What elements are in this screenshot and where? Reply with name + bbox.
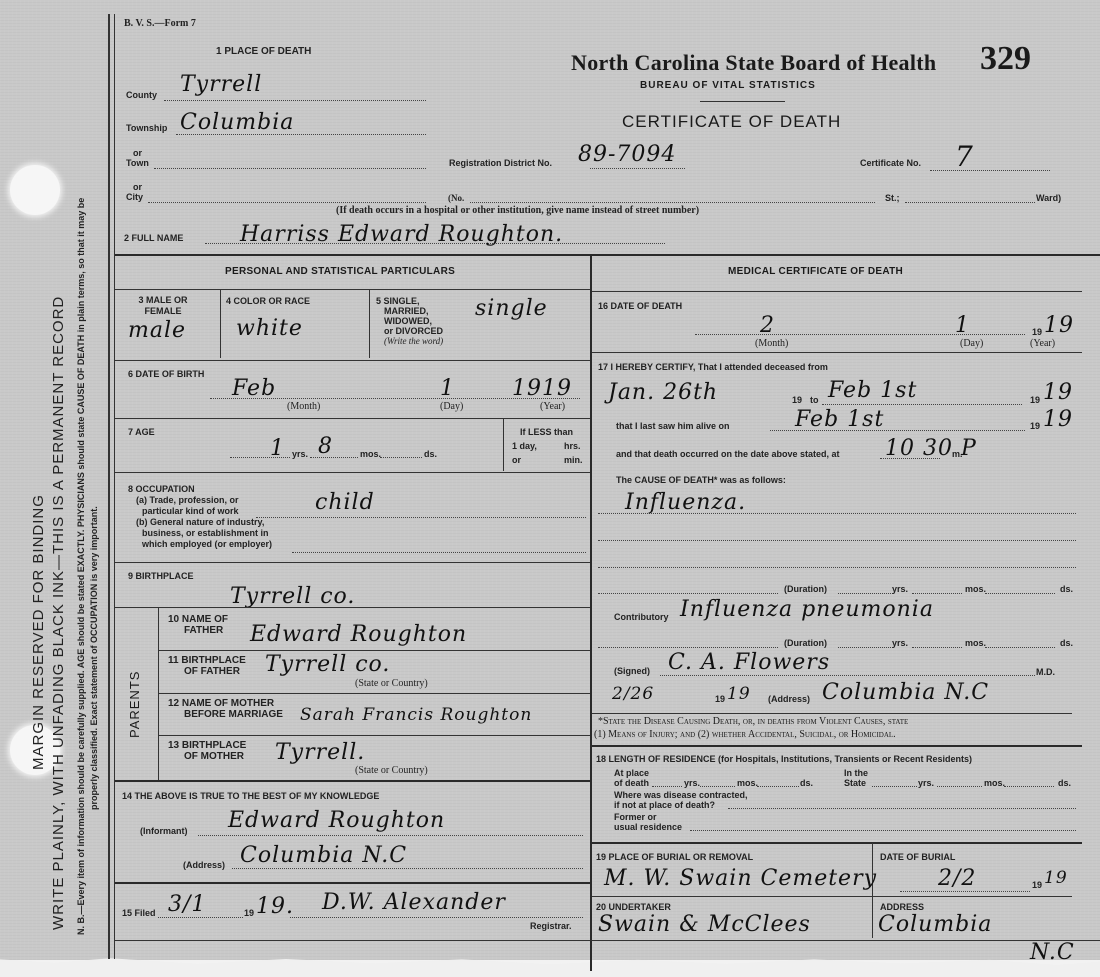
divider [592,842,1082,844]
registrar-value[interactable]: D.W. Alexander [322,890,506,915]
yrs-label: yrs. [918,778,934,789]
registration-district-line [590,168,685,169]
in-state-label: In the State [844,768,868,788]
attended-to-year[interactable]: 19 [1043,380,1073,405]
place-of-death-section-label: 1 PLACE OF DEATH [216,46,311,57]
in-state-line: State [844,778,868,788]
or-label: or [512,455,521,466]
former-residence-line: Former or [614,812,682,822]
footnote-line1: *State the Disease Causing Death, or, in… [598,716,908,727]
nb-instructions-line2: properly classified. Exact statement of … [89,506,99,810]
divider [369,290,370,358]
burial-date-label: DATE OF BURIAL [880,852,955,863]
occupation-label-line: business, or establishment in [128,528,272,539]
signed-year-prefix: 19 [715,694,725,705]
cause-line-3[interactable] [598,567,1076,568]
former-residence-label: Former or usual residence [614,812,682,832]
stamp-number: 329 [980,40,1031,78]
month-caption: (Month) [755,338,788,349]
divider [115,780,590,782]
divider [115,562,590,563]
hospital-note: (If death occurs in a hospital or other … [336,205,699,216]
ds-label: ds. [424,449,437,460]
month-caption: (Month) [287,401,320,412]
divider [115,360,590,361]
duration-field[interactable] [598,593,778,594]
parents-label: PARENTS [127,671,142,738]
race-label: 4 COLOR OR RACE [226,296,310,307]
residence-place-yrs-field[interactable] [652,786,682,787]
occupation-field-b[interactable] [292,552,586,553]
informant-label: (Informant) [140,826,188,836]
divider [115,289,590,290]
dob-month[interactable]: Feb [232,376,276,401]
residence-state-mos-field[interactable] [937,786,982,787]
mother-name-label-line: BEFORE MARRIAGE [168,709,283,720]
occupation-label-line: 8 OCCUPATION [128,484,272,495]
burial-date-line [900,891,1030,892]
mos-label: mos. [737,778,758,789]
birthplace-value[interactable]: Tyrrell co. [230,584,355,609]
sex-value[interactable]: male [128,318,186,343]
signed-date[interactable]: 2/26 [612,684,654,704]
burial-year[interactable]: 19 [1044,868,1068,888]
board-title: North Carolina State Board of Health [571,50,936,76]
occupation-line-a [256,517,586,518]
mother-birthplace-label-line: OF MOTHER [168,751,246,762]
duration-yrs-field-2[interactable] [838,647,893,648]
filed-date-line [158,917,243,918]
informant-value[interactable]: Edward Roughton [228,808,445,833]
city-label: City [126,192,143,203]
occupation-label: 8 OCCUPATION (a) Trade, profession, or p… [128,484,272,550]
divider [592,713,1072,714]
filed-label: 15 Filed [122,908,156,919]
marital-status-label: 5 SINGLE, MARRIED, WIDOWED, or DIVORCED … [376,296,443,346]
town-label: Town [126,158,149,169]
divider [592,745,1082,747]
marital-label-line: 5 SINGLE, [376,296,443,306]
signed-line [660,675,1035,676]
full-name-value[interactable]: Harriss Edward Roughton. [240,222,563,247]
mos-label: mos. [984,778,1005,789]
form-id: B. V. S.—Form 7 [124,18,196,29]
to-label: to [810,395,819,406]
registration-district-label: Registration District No. [449,158,552,169]
medical-section-title: MEDICAL CERTIFICATE OF DEATH [728,266,903,277]
signed-value[interactable]: C. A. Flowers [668,650,830,675]
death-time-suffix: m. [952,449,963,460]
ds-label: ds. [1060,638,1073,649]
residence-place-mos-field[interactable] [700,786,735,787]
duration-field-2[interactable] [598,647,778,648]
duration-mos-field[interactable] [912,593,962,594]
death-time-value[interactable]: 10 30 P [885,436,977,461]
ward-field[interactable] [905,202,1035,203]
less-than-label: If LESS than [520,427,573,438]
undertaker-value[interactable]: Swain & McClees [598,912,811,937]
frame-border-inner [114,14,115,959]
yrs-label: yrs. [892,638,908,649]
contributory-value[interactable]: Influenza pneumonia [680,597,934,622]
date-of-death-line [695,334,1025,335]
header-rule [700,101,785,102]
at-place-label: At place of death [614,768,649,788]
state-country-caption: (State or Country) [355,765,428,776]
informant-section-label: 14 THE ABOVE IS TRUE TO THE BEST OF MY K… [122,791,379,802]
last-saw-year-prefix: 19 [1030,421,1040,432]
residence-state-yrs-field[interactable] [872,786,917,787]
yrs-label: yrs. [292,449,308,460]
marital-label-line: or DIVORCED [376,326,443,336]
contributory-label: Contributory [614,612,669,623]
contracted-line: Where was disease contracted, [614,790,748,800]
at-place-line: of death [614,778,649,788]
duration-label: (Duration) [784,638,827,649]
cause-value[interactable]: Influenza. [625,490,746,515]
father-birthplace-label-line: 11 BIRTHPLACE [168,655,246,666]
dod-day[interactable]: 1 [955,313,970,338]
death-time-label: and that death occurred on the date abov… [616,449,840,460]
mother-name-label: 12 NAME OF MOTHER BEFORE MARRIAGE [168,698,283,720]
informant-line [198,835,583,836]
nb-instructions-line1: N. B.—Every item of information should b… [76,198,86,935]
certify-label: 17 I HEREBY CERTIFY, That I attended dec… [598,362,828,373]
dob-label: 6 DATE OF BIRTH [128,369,204,380]
city-field[interactable] [148,202,426,203]
footnote-line2: (1) Means of Injury; and (2) whether Acc… [594,729,896,740]
registration-district-value[interactable]: 89-7094 [578,142,676,167]
residence-place-ds-field[interactable] [757,786,799,787]
signed-label: (Signed) [614,666,650,677]
sex-label: 3 MALE OR FEMALE [128,295,198,317]
mos-label: mos. [965,584,986,595]
occupation-value[interactable]: child [315,490,375,515]
father-name-label: 10 NAME OF FATHER [168,614,228,636]
filed-date[interactable]: 3/1 [168,892,206,917]
marital-status-value[interactable]: single [475,296,548,321]
divider [115,940,1100,941]
punch-hole-top [10,165,60,215]
burial-place-label: 19 PLACE OF BURIAL OR REMOVAL [596,852,753,863]
father-birthplace-value[interactable]: Tyrrell co. [265,652,390,677]
last-saw-label: that I last saw him alive on [616,421,730,432]
day-caption: (Day) [440,401,463,412]
burial-place-value[interactable]: M. W. Swain Cemetery [604,866,877,891]
residence-label: 18 LENGTH OF RESIDENCE (for Hospitals, I… [596,754,972,765]
day-caption: (Day) [960,338,983,349]
marital-label-line: WIDOWED, [376,316,443,326]
county-value[interactable]: Tyrrell [180,72,262,97]
informant-address-label: (Address) [183,860,225,870]
last-saw-year[interactable]: 19 [1043,407,1073,432]
dod-month[interactable]: 2 [760,313,775,338]
occupation-label-line: particular kind of work [128,506,272,517]
state-country-caption: (State or Country) [355,678,428,689]
occupation-label-line: which employed (or employer) [128,539,272,550]
duration-yrs-field[interactable] [838,593,893,594]
yrs-label: yrs. [892,584,908,595]
in-state-line: In the [844,768,868,778]
undertaker-address-value[interactable]: Columbia [878,912,992,937]
contracted-field[interactable] [728,808,1076,809]
county-label: County [126,90,157,101]
signed-year[interactable]: 19 [727,684,751,704]
informant-address-line [232,868,583,869]
margin-reserved-note: MARGIN RESERVED FOR BINDING [30,494,47,770]
attended-to[interactable]: Feb 1st [828,378,917,403]
attended-from-year: 19 [792,395,802,406]
cause-line-2[interactable] [598,540,1076,541]
sex-label-line1: 3 MALE OR [128,295,198,306]
father-name-label-line: FATHER [168,625,228,636]
divider [115,472,590,473]
father-birthplace-label-line: OF FATHER [168,666,246,677]
father-name-value[interactable]: Edward Roughton [250,622,467,647]
certificate-number-label: Certificate No. [860,158,921,169]
birthplace-label: 9 BIRTHPLACE [128,571,194,582]
mos-label: mos. [360,449,381,460]
certificate-title: CERTIFICATE OF DEATH [622,112,841,132]
certificate-paper [0,0,1100,960]
marital-label-line: (Write the word) [376,336,443,346]
town-field[interactable] [154,168,426,169]
undertaker-address-state[interactable]: N.C [1030,940,1075,965]
last-saw-value[interactable]: Feb 1st [795,407,884,432]
ds-label: ds. [1058,778,1071,789]
burial-date-value[interactable]: 2/2 [938,866,976,891]
mother-birthplace-label-line: 13 BIRTHPLACE [168,740,246,751]
attended-from[interactable]: Jan. 26th [608,380,718,405]
mother-name-value[interactable]: Sarah Francis Roughton [300,705,532,725]
dob-day[interactable]: 1 [440,376,455,401]
filed-year[interactable]: 19. [256,894,294,919]
frame-border [108,14,110,959]
doctor-address-value[interactable]: Columbia N.C [822,680,989,705]
occupation-label-line: (a) Trade, profession, or [128,495,272,506]
mos-label: mos. [965,638,986,649]
street-field[interactable] [470,202,875,203]
former-residence-field[interactable] [690,830,1076,831]
divider [159,650,590,651]
min-label: min. [564,455,583,466]
full-name-label: 2 FULL NAME [124,233,183,244]
township-label: Township [126,123,167,134]
at-place-line: At place [614,768,649,778]
race-value[interactable]: white [236,316,303,341]
residence-state-ds-field[interactable] [1004,786,1054,787]
attended-to-line [822,404,1022,405]
age-days-field[interactable] [380,457,422,458]
hrs-label: hrs. [564,441,581,452]
dod-year-prefix: 19 [1032,327,1042,338]
mother-name-label-line: 12 NAME OF MOTHER [168,698,283,709]
registrar-label: Registrar. [530,921,572,932]
cause-label: The CAUSE OF DEATH* was as follows: [616,475,786,486]
divider [115,882,590,884]
divider [220,290,221,358]
ds-label: ds. [800,778,813,789]
divider [503,419,504,471]
divider [115,418,590,419]
registrar-line [290,917,583,918]
township-value[interactable]: Columbia [180,110,294,135]
informant-address-value[interactable]: Columbia N.C [240,843,407,868]
attended-to-year-prefix: 19 [1030,395,1040,406]
divider [159,693,590,694]
divider [115,607,590,608]
street-no-label: (No. [448,193,464,204]
divider [159,735,590,736]
duration-label: (Duration) [784,584,827,595]
ds-label: ds. [1060,584,1073,595]
divider [158,608,159,780]
year-caption: (Year) [1030,338,1055,349]
age-years[interactable]: 1 [270,436,285,461]
md-label: M.D. [1036,667,1055,678]
mother-birthplace-value[interactable]: Tyrrell. [275,740,365,765]
personal-section-title: PERSONAL AND STATISTICAL PARTICULARS [225,266,455,277]
sex-label-line2: FEMALE [128,306,198,317]
certificate-number-value[interactable]: 7 [955,140,974,173]
write-plainly-note: WRITE PLAINLY, WITH UNFADING BLACK INK—T… [50,296,67,930]
divider [592,896,1072,897]
column-divider [590,256,592,971]
county-line [164,100,426,101]
certificate-number-line [930,170,1050,171]
contracted-label: Where was disease contracted, if not at … [614,790,748,810]
marital-label-line: MARRIED, [376,306,443,316]
filed-year-prefix: 19 [244,908,254,919]
one-day-label: 1 day, [512,441,537,452]
duration-mos-field-2[interactable] [912,647,962,648]
duration-ds-field[interactable] [985,593,1055,594]
burial-year-prefix: 19 [1032,880,1042,891]
age-months[interactable]: 8 [318,434,333,459]
duration-ds-field-2[interactable] [985,647,1055,648]
dod-year[interactable]: 19 [1044,313,1074,338]
bureau-title: BUREAU OF VITAL STATISTICS [640,80,816,91]
age-label: 7 AGE [128,427,155,438]
occupation-label-line: (b) General nature of industry, [128,517,272,528]
doctor-address-label: (Address) [768,694,810,705]
divider [115,254,1100,256]
father-birthplace-label: 11 BIRTHPLACE OF FATHER [168,655,246,677]
dob-year[interactable]: 1919 [512,376,572,401]
mother-birthplace-label: 13 BIRTHPLACE OF MOTHER [168,740,246,762]
former-residence-line: usual residence [614,822,682,832]
father-name-label-line: 10 NAME OF [168,614,228,625]
yrs-label: yrs. [684,778,700,789]
year-caption: (Year) [540,401,565,412]
divider [592,352,1082,353]
date-of-death-label: 16 DATE OF DEATH [598,301,682,312]
ward-label: Ward) [1036,193,1061,204]
st-label: St.; [885,193,900,204]
divider [592,291,1082,292]
